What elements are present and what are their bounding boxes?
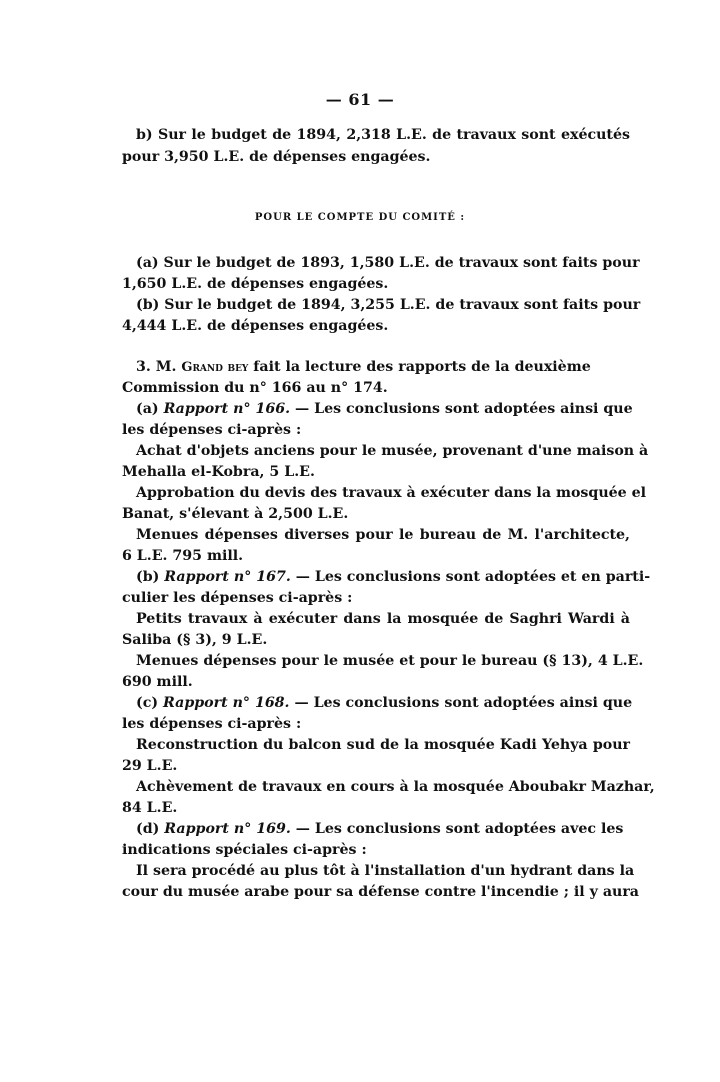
text-line: (b) Rapport n° 167. — Les conclusions so… (136, 567, 630, 587)
text-line: 6 L.E. 795 mill. (122, 546, 630, 566)
text-segment: (c) (136, 695, 163, 711)
text-line: (d) Rapport n° 169. — Les conclusions so… (136, 819, 630, 839)
text-line: Il sera procédé au plus tôt à l'installa… (136, 861, 630, 881)
speaker-name: Grand bey (181, 360, 248, 375)
text-line: Banat, s'élevant à 2,500 L.E. (122, 504, 630, 524)
text-line: (a) Rapport n° 166. — Les conclusions so… (136, 399, 630, 419)
section-heading: POUR LE COMPTE DU COMITÉ : (0, 208, 720, 228)
text-line: (a) Sur le budget de 1893, 1,580 L.E. de… (136, 253, 630, 273)
text-line: Achèvement de travaux en cours à la mosq… (136, 777, 630, 797)
text-segment: — Les conclusions sont adoptées et en pa… (291, 569, 650, 585)
text-line: (b) Sur le budget de 1894, 3,255 L.E. de… (136, 295, 630, 315)
text-line: 4,444 L.E. de dépenses engagées. (122, 316, 630, 336)
text-line: 690 mill. (122, 672, 630, 692)
report-ref: Rapport n° 169. (164, 821, 290, 837)
text-line: 29 L.E. (122, 756, 630, 776)
report-ref: Rapport n° 166. (164, 401, 290, 417)
text-segment: fait la lecture des rapports de la deuxi… (248, 359, 590, 375)
text-line: Commission du n° 166 au n° 174. (122, 378, 630, 398)
text-line: Reconstruction du balcon sud de la mosqu… (136, 735, 630, 755)
text-line: (c) Rapport n° 168. — Les conclusions so… (136, 693, 630, 713)
text-line: Petits travaux à exécuter dans la mosqué… (136, 609, 630, 629)
text-segment: — Les conclusions sont adoptées avec les (291, 821, 624, 837)
page-number: — 61 — (0, 90, 720, 109)
text-line: 84 L.E. (122, 798, 630, 818)
report-ref: Rapport n° 167. (164, 569, 290, 585)
document-page: — 61 — b) Sur le budget de 1894, 2,318 L… (0, 0, 720, 1082)
text-segment: (d) (136, 821, 164, 837)
text-line: les dépenses ci-après : (122, 714, 630, 734)
text-segment: — Les conclusions sont adoptées ainsi qu… (290, 401, 633, 417)
text-segment: — Les conclusions sont adoptées ainsi qu… (290, 695, 633, 711)
text-line: cour du musée arabe pour sa défense cont… (122, 882, 630, 902)
report-ref: Rapport n° 168. (163, 695, 289, 711)
text-line: Mehalla el-Kobra, 5 L.E. (122, 462, 630, 482)
text-line: indications spéciales ci-après : (122, 840, 630, 860)
text-line: Approbation du devis des travaux à exécu… (136, 483, 630, 503)
text-line: Achat d'objets anciens pour le musée, pr… (136, 441, 630, 461)
text-line: pour 3,950 L.E. de dépenses engagées. (122, 147, 630, 167)
text-line: Saliba (§ 3), 9 L.E. (122, 630, 630, 650)
text-line: Menues dépenses diverses pour le bureau … (136, 525, 630, 545)
text-line: 3. M. Grand bey fait la lecture des rapp… (136, 357, 630, 378)
text-line: b) Sur le budget de 1894, 2,318 L.E. de … (136, 125, 630, 145)
text-segment: (b) (136, 569, 164, 585)
text-line: Menues dépenses pour le musée et pour le… (136, 651, 630, 671)
text-line: 1,650 L.E. de dépenses engagées. (122, 274, 630, 294)
text-segment: (a) (136, 401, 164, 417)
text-line: les dépenses ci-après : (122, 420, 630, 440)
text-line: culier les dépenses ci-après : (122, 588, 630, 608)
item-number: 3. M. (136, 359, 181, 375)
